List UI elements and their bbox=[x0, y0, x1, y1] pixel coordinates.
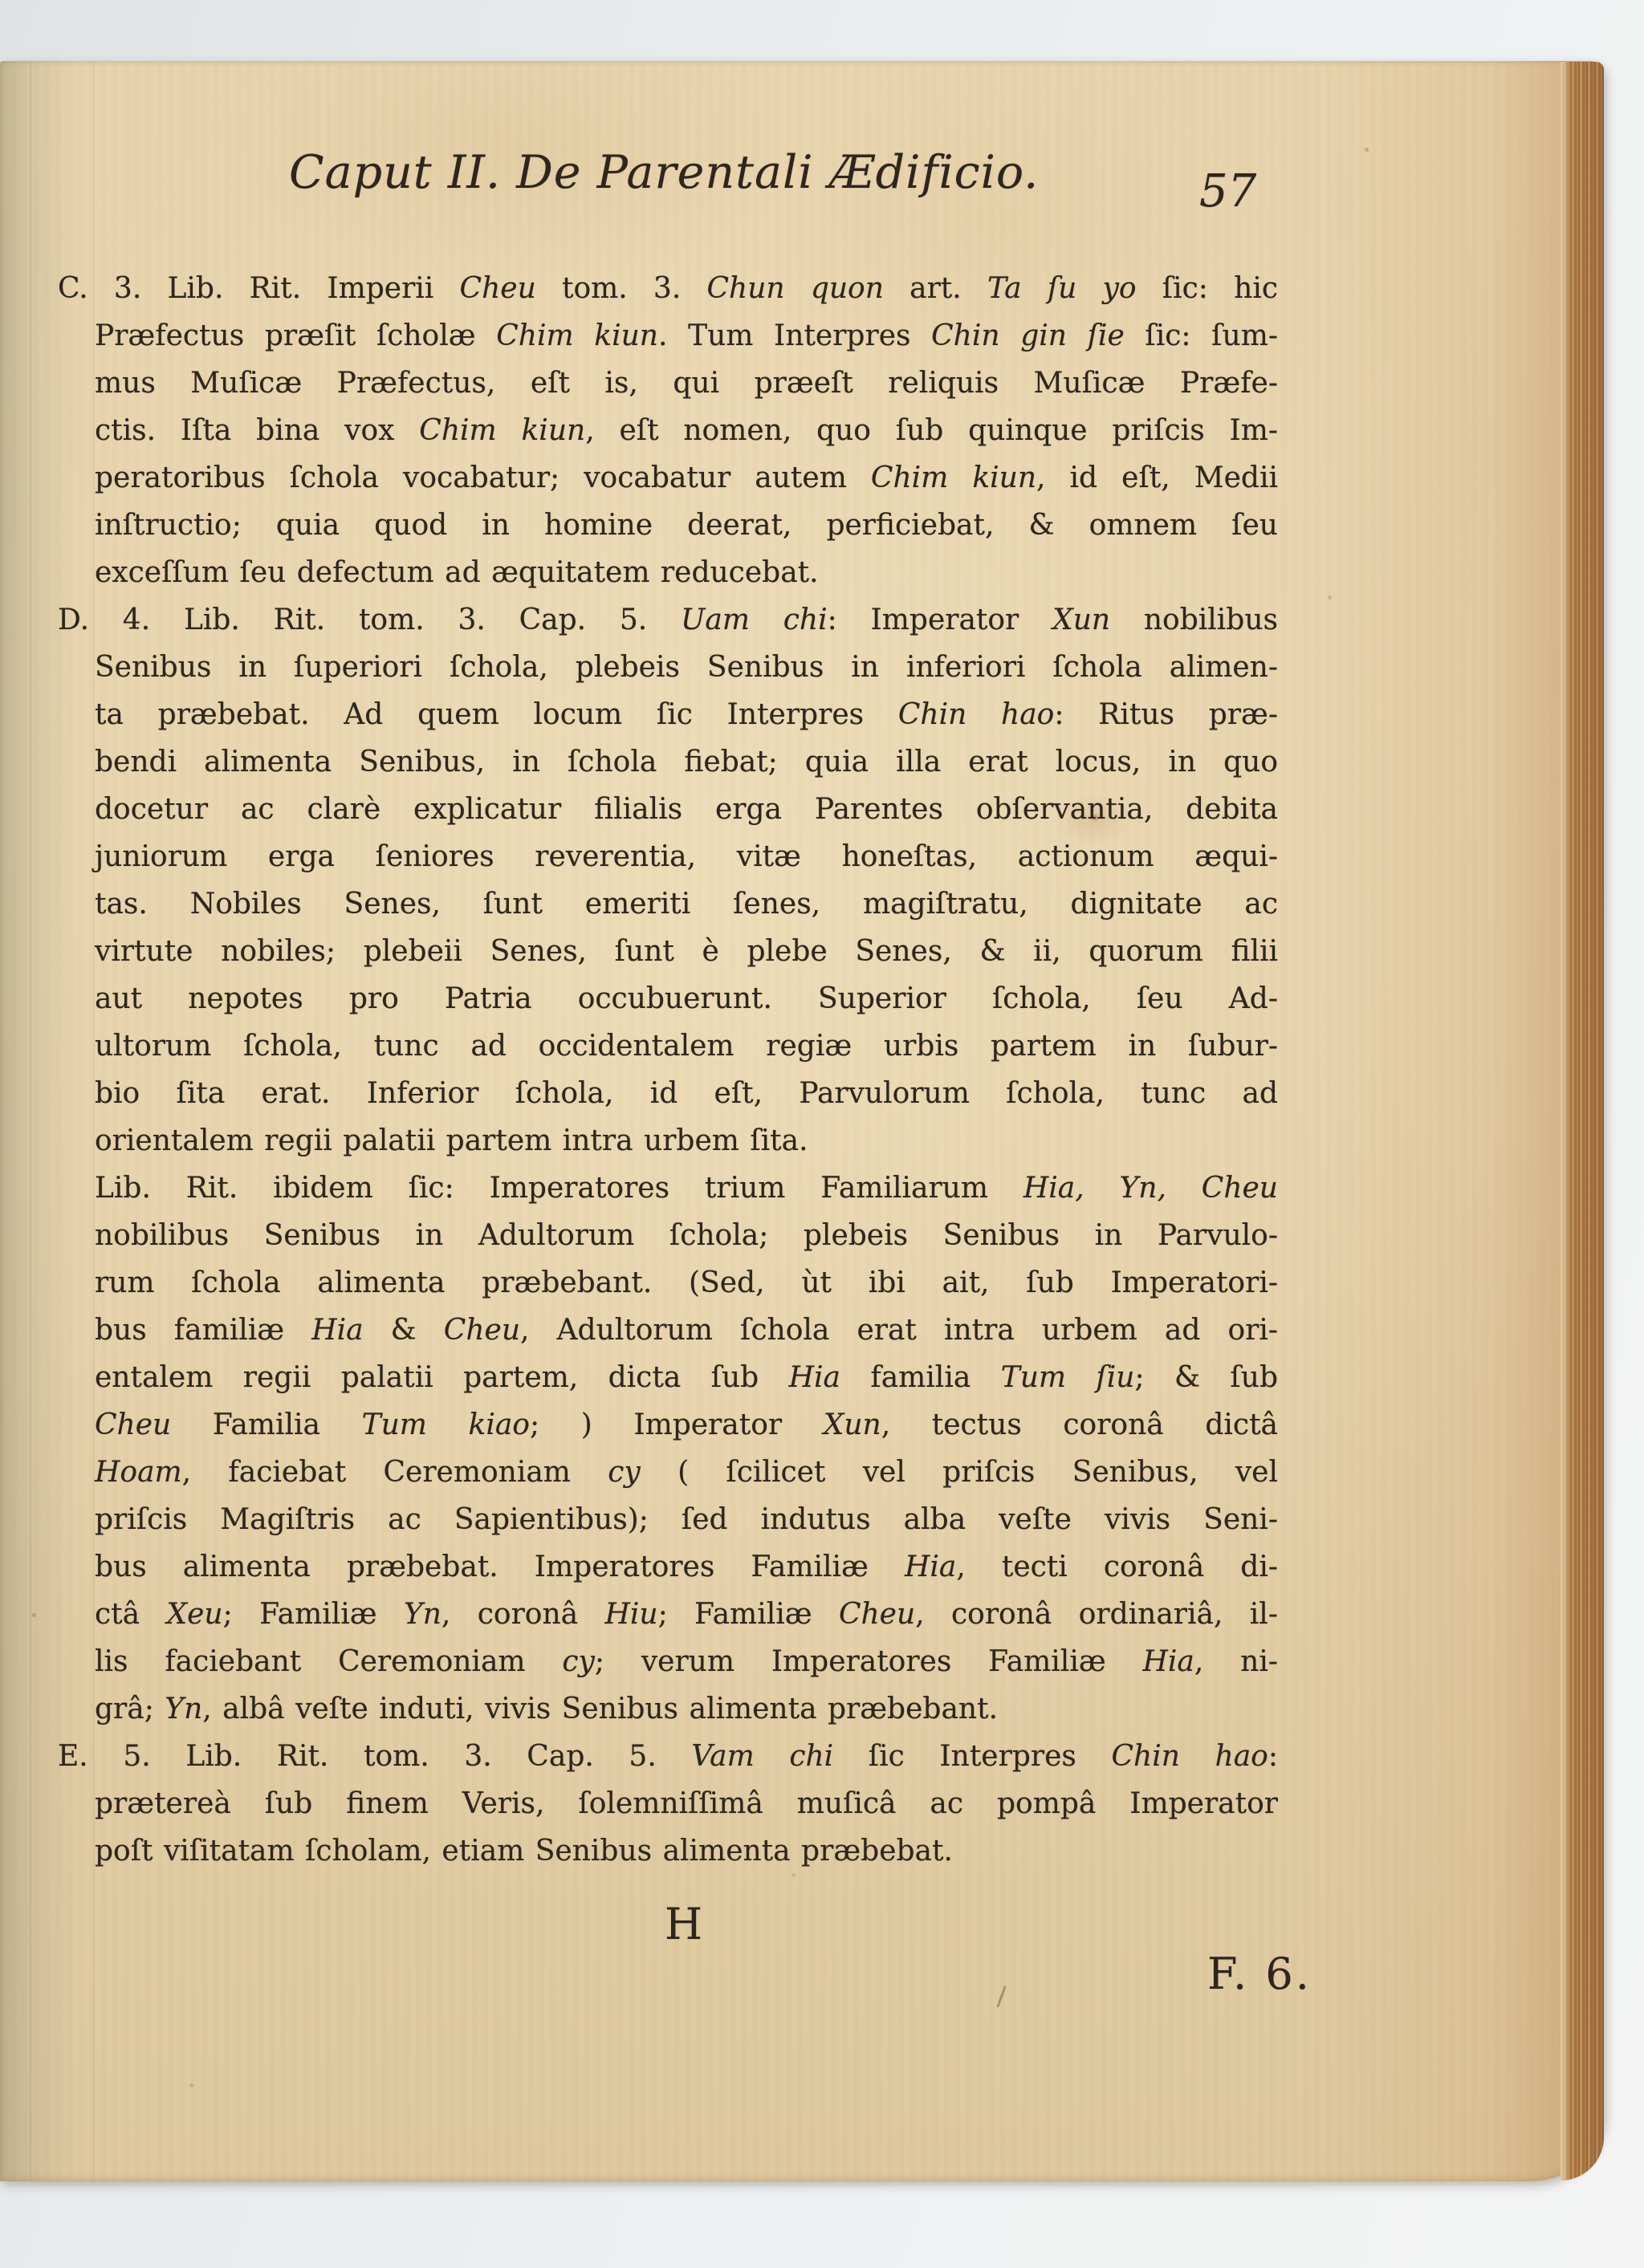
text-line: C. 3. Lib. Rit. Imperii Cheu tom. 3. Chu… bbox=[95, 265, 1278, 312]
roman-text: , tecti coronâ di- bbox=[956, 1551, 1278, 1583]
text-line: aut nepotes pro Patria occubuerunt. Supe… bbox=[95, 975, 1278, 1022]
text-line: lis faciebant Ceremoniam cy; verum Imper… bbox=[95, 1638, 1278, 1685]
roman-text: : Imperator bbox=[828, 604, 1052, 636]
roman-text: priſcis Magiſtris ac Sapientibus); ſed i… bbox=[95, 1503, 1278, 1536]
text-line: ctis. Iſta bina vox Chim kiun, eſt nomen… bbox=[95, 407, 1278, 454]
roman-text: ſic: hic bbox=[1137, 272, 1278, 305]
italic-term: Xun bbox=[824, 1408, 881, 1441]
italic-term: Hia, Yn, Cheu bbox=[1023, 1172, 1278, 1205]
italic-term: Chim kiun bbox=[871, 461, 1036, 494]
roman-text: ; Familiæ bbox=[658, 1598, 839, 1631]
italic-term: Chin hao bbox=[898, 698, 1055, 731]
text-line: prætereà ſub finem Veris, ſolemniſſimâ m… bbox=[95, 1780, 1278, 1827]
roman-text: E. 5. Lib. Rit. tom. 3. Cap. 5. bbox=[58, 1740, 691, 1773]
roman-text: bus alimenta præbebat. Imperatores Famil… bbox=[95, 1551, 905, 1583]
roman-text: ctis. Iſta bina vox bbox=[95, 414, 419, 447]
italic-term: Yn bbox=[404, 1598, 442, 1631]
roman-text: , Adultorum ſchola erat intra urbem ad o… bbox=[520, 1314, 1278, 1347]
roman-text: bio ſita erat. Inferior ſchola, id eſt, … bbox=[95, 1077, 1278, 1110]
italic-term: Cheu bbox=[839, 1598, 915, 1631]
roman-text: prætereà ſub finem Veris, ſolemniſſimâ m… bbox=[95, 1787, 1278, 1820]
roman-text: virtute nobiles; plebeii Senes, ſunt è p… bbox=[95, 935, 1278, 968]
italic-term: Ta ſu yo bbox=[987, 272, 1137, 305]
text-line: orientalem regii palatii partem intra ur… bbox=[95, 1117, 1278, 1164]
text-block: C. 3. Lib. Rit. Imperii Cheu tom. 3. Chu… bbox=[95, 265, 1278, 1875]
text-line: poſt viſitatam ſcholam, etiam Senibus al… bbox=[95, 1827, 1278, 1875]
roman-text: D. 4. Lib. Rit. tom. 3. Cap. 5. bbox=[58, 604, 681, 636]
scanned-book-page: Caput II. De Parentali Ædificio. 57 C. 3… bbox=[0, 0, 1644, 2268]
text-line: priſcis Magiſtris ac Sapientibus); ſed i… bbox=[95, 1496, 1278, 1543]
roman-text: orientalem regii palatii partem intra ur… bbox=[95, 1124, 808, 1157]
roman-text: juniorum erga ſeniores reverentia, vitæ … bbox=[95, 840, 1278, 873]
italic-term: Xun bbox=[1052, 604, 1110, 636]
text-line: Cheu Familia Tum kiao; ) Imperator Xun, … bbox=[95, 1401, 1278, 1449]
text-line: ultorum ſchola, tunc ad occidentalem reg… bbox=[95, 1022, 1278, 1070]
italic-term: Hia bbox=[311, 1314, 363, 1347]
running-title: Caput II. De Parentali Ædificio. bbox=[289, 146, 1039, 199]
text-line: nobilibus Senibus in Adultorum ſchola; p… bbox=[95, 1212, 1278, 1259]
text-line: bus familiæ Hia & Cheu, Adultorum ſchola… bbox=[95, 1307, 1278, 1354]
gutter-crease bbox=[30, 61, 31, 2181]
roman-text: , coronâ bbox=[442, 1598, 605, 1631]
roman-text: ta præbebat. Ad quem locum ſic Interpres bbox=[95, 698, 898, 731]
text-line: ctâ Xeu; Familiæ Yn, coronâ Hiu; Familiæ… bbox=[95, 1591, 1278, 1638]
paper-stains bbox=[0, 61, 4, 65]
roman-text: ultorum ſchola, tunc ad occidentalem reg… bbox=[95, 1030, 1278, 1063]
italic-term: Uam chi bbox=[681, 604, 828, 636]
italic-term: Cheu bbox=[95, 1408, 171, 1441]
text-line: peratoribus ſchola vocabatur; vocabatur … bbox=[95, 454, 1278, 502]
roman-text: . Tum Interpres bbox=[658, 319, 931, 352]
roman-text: , ni- bbox=[1194, 1645, 1278, 1678]
italic-term: Tum ſiu bbox=[1001, 1361, 1135, 1394]
text-line: exceſſum ſeu defectum ad æquitatem reduc… bbox=[95, 549, 1278, 596]
text-line: tas. Nobiles Senes, ſunt emeriti ſenes, … bbox=[95, 880, 1278, 928]
italic-term: Hoam bbox=[95, 1456, 182, 1489]
italic-term: Hia bbox=[905, 1551, 956, 1583]
roman-text: & bbox=[364, 1314, 444, 1347]
text-line: grâ; Yn, albâ veſte induti, vivis Senibu… bbox=[95, 1685, 1278, 1733]
text-line: inſtructio; quia quod in homine deerat, … bbox=[95, 502, 1278, 549]
roman-text: docetur ac clarè explicatur filialis erg… bbox=[95, 793, 1278, 826]
roman-text: : Ritus præ- bbox=[1054, 698, 1278, 731]
roman-text: , faciebat Ceremoniam bbox=[182, 1456, 608, 1489]
page-number: 57 bbox=[1199, 165, 1256, 217]
roman-text: ; & ſub bbox=[1134, 1361, 1278, 1394]
roman-text: inſtructio; quia quod in homine deerat, … bbox=[95, 509, 1278, 542]
roman-text: ; verum Imperatores Familiæ bbox=[595, 1645, 1143, 1678]
roman-text: art. bbox=[884, 272, 987, 305]
text-line: ta præbebat. Ad quem locum ſic Interpres… bbox=[95, 691, 1278, 738]
text-line: Lib. Rit. ibidem ſic: Imperatores trium … bbox=[95, 1164, 1278, 1212]
italic-term: Tum kiao bbox=[362, 1408, 530, 1441]
roman-text: nobilibus Senibus in Adultorum ſchola; p… bbox=[95, 1219, 1278, 1252]
text-line: juniorum erga ſeniores reverentia, vitæ … bbox=[95, 833, 1278, 880]
italic-term: Yn bbox=[165, 1693, 202, 1725]
roman-text: bus familiæ bbox=[95, 1314, 311, 1347]
text-line: mus Muſicæ Præfectus, eſt is, qui præeſt… bbox=[95, 360, 1278, 407]
italic-term: Xeu bbox=[166, 1598, 222, 1631]
roman-text: ; Familiæ bbox=[223, 1598, 404, 1631]
roman-text: grâ; bbox=[95, 1693, 165, 1725]
roman-text: C. 3. Lib. Rit. Imperii bbox=[58, 272, 460, 305]
catchword: F. 6. bbox=[1207, 1949, 1312, 1999]
text-line: entalem regii palatii partem, dicta ſub … bbox=[95, 1354, 1278, 1401]
roman-text: exceſſum ſeu defectum ad æquitatem reduc… bbox=[95, 556, 819, 589]
text-line: D. 4. Lib. Rit. tom. 3. Cap. 5. Uam chi:… bbox=[95, 596, 1278, 644]
italic-term: Hiu bbox=[604, 1598, 657, 1631]
roman-text: ; ) Imperator bbox=[530, 1408, 824, 1441]
fore-edge bbox=[1561, 62, 1604, 2181]
italic-term: Cheu bbox=[460, 272, 536, 305]
text-line: E. 5. Lib. Rit. tom. 3. Cap. 5. Vam chi … bbox=[95, 1733, 1278, 1780]
roman-text: Senibus in ſuperiori ſchola, plebeis Sen… bbox=[95, 651, 1278, 684]
signature-mark: H bbox=[665, 1899, 702, 1949]
roman-text: ( ſcilicet vel priſcis Senibus, vel bbox=[641, 1456, 1278, 1489]
roman-text: tas. Nobiles Senes, ſunt emeriti ſenes, … bbox=[95, 888, 1278, 921]
roman-text: tom. 3. bbox=[536, 272, 707, 305]
roman-text: poſt viſitatam ſcholam, etiam Senibus al… bbox=[95, 1835, 953, 1868]
italic-term: Chin gin ſie bbox=[931, 319, 1125, 352]
text-line: bus alimenta præbebat. Imperatores Famil… bbox=[95, 1543, 1278, 1591]
roman-text: nobilibus bbox=[1110, 604, 1278, 636]
roman-text: , id eſt, Medii bbox=[1036, 461, 1278, 494]
text-line: virtute nobiles; plebeii Senes, ſunt è p… bbox=[95, 928, 1278, 975]
italic-term: Chun quon bbox=[707, 272, 884, 305]
text-line: Senibus in ſuperiori ſchola, plebeis Sen… bbox=[95, 644, 1278, 691]
italic-term: Chim kiun bbox=[496, 319, 658, 352]
roman-text: entalem regii palatii partem, dicta ſub bbox=[95, 1361, 789, 1394]
roman-text: Familia bbox=[171, 1408, 361, 1441]
roman-text: Lib. Rit. ibidem ſic: Imperatores trium … bbox=[95, 1172, 1023, 1205]
italic-term: Chin hao bbox=[1111, 1740, 1268, 1773]
roman-text: , coronâ ordinariâ, il- bbox=[915, 1598, 1278, 1631]
text-line: Præfectus præſit ſcholæ Chim kiun. Tum I… bbox=[95, 312, 1278, 360]
roman-text: : bbox=[1268, 1740, 1278, 1773]
roman-text: ſic: ſum- bbox=[1125, 319, 1278, 352]
roman-text: peratoribus ſchola vocabatur; vocabatur … bbox=[95, 461, 871, 494]
roman-text: , eſt nomen, quo ſub quinque priſcis Im- bbox=[585, 414, 1278, 447]
roman-text: ctâ bbox=[95, 1598, 166, 1631]
italic-term: Hia bbox=[1143, 1645, 1194, 1678]
italic-term: cy bbox=[608, 1456, 641, 1489]
roman-text: familia bbox=[840, 1361, 1001, 1394]
roman-text: rum ſchola alimenta præbebant. (Sed, ùt … bbox=[95, 1266, 1278, 1299]
roman-text: ſic Interpres bbox=[833, 1740, 1111, 1773]
italic-term: Vam chi bbox=[691, 1740, 833, 1773]
text-line: rum ſchola alimenta præbebant. (Sed, ùt … bbox=[95, 1259, 1278, 1307]
roman-text: bendi alimenta Senibus, in ſchola fiebat… bbox=[95, 746, 1278, 778]
text-line: docetur ac clarè explicatur filialis erg… bbox=[95, 786, 1278, 833]
italic-term: Chim kiun bbox=[419, 414, 585, 447]
italic-term: Cheu bbox=[444, 1314, 520, 1347]
roman-text: , albâ veſte induti, vivis Senibus alime… bbox=[202, 1693, 998, 1725]
italic-term: Hia bbox=[789, 1361, 840, 1394]
text-line: bio ſita erat. Inferior ſchola, id eſt, … bbox=[95, 1070, 1278, 1117]
text-line: bendi alimenta Senibus, in ſchola fiebat… bbox=[95, 738, 1278, 786]
roman-text: , tectus coronâ dictâ bbox=[881, 1408, 1278, 1441]
roman-text: mus Muſicæ Præfectus, eſt is, qui præeſt… bbox=[95, 367, 1278, 400]
italic-term: cy bbox=[562, 1645, 595, 1678]
roman-text: lis faciebant Ceremoniam bbox=[95, 1645, 562, 1678]
book-page: Caput II. De Parentali Ædificio. 57 C. 3… bbox=[0, 61, 1604, 2181]
roman-text: aut nepotes pro Patria occubuerunt. Supe… bbox=[95, 982, 1278, 1015]
text-line: Hoam, faciebat Ceremoniam cy ( ſcilicet … bbox=[95, 1449, 1278, 1496]
roman-text: Præfectus præſit ſcholæ bbox=[95, 319, 496, 352]
pen-mark bbox=[996, 1986, 1006, 2007]
